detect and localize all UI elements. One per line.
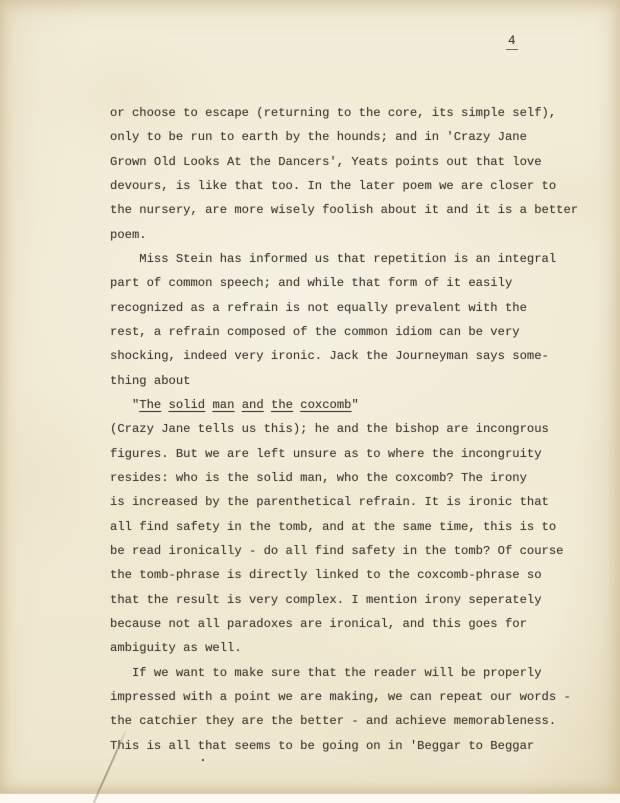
text-line: part of common speech; and while that fo…: [110, 271, 590, 295]
text-line: because not all paradoxes are ironical, …: [110, 612, 590, 636]
text-line: the nursery, are more wisely foolish abo…: [110, 198, 590, 222]
text-line: poem.: [110, 223, 590, 247]
text-segment: shocking, indeed very ironic. Jack the J…: [110, 349, 549, 363]
text-segment: ": [110, 398, 139, 412]
text-line: figures. But we are left unsure as to wh…: [110, 442, 590, 466]
text-segment: the catchier they are the better - and a…: [110, 714, 556, 728]
underlined-text-segment: coxcomb: [300, 398, 351, 412]
text-line: This is all that seems to be going on in…: [110, 734, 590, 758]
text-line: recognized as a refrain is not equally p…: [110, 296, 590, 320]
text-segment: recognized as a refrain is not equally p…: [110, 301, 527, 315]
text-line: the tomb-phrase is directly linked to th…: [110, 563, 590, 587]
text-segment: poem.: [110, 228, 147, 242]
text-line: If we want to make sure that the reader …: [110, 661, 590, 685]
text-segment: devours, is like that too. In the later …: [110, 179, 556, 193]
text-segment: [161, 398, 168, 412]
text-line: rest, a refrain composed of the common i…: [110, 320, 590, 344]
underlined-text-segment: and: [242, 398, 264, 412]
text-segment: the tomb-phrase is directly linked to th…: [110, 568, 542, 582]
text-segment: Miss Stein has informed us that repetiti…: [110, 252, 556, 266]
text-segment: be read ironically - do all find safety …: [110, 544, 563, 558]
text-segment: part of common speech; and while that fo…: [110, 276, 512, 290]
text-segment: thing about: [110, 374, 190, 388]
text-line: only to be run to earth by the hounds; a…: [110, 125, 590, 149]
text-line: impressed with a point we are making, we…: [110, 685, 590, 709]
text-segment: is increased by the parenthetical refrai…: [110, 495, 549, 509]
text-line: Miss Stein has informed us that repetiti…: [110, 247, 590, 271]
text-line: resides: who is the solid man, who the c…: [110, 466, 590, 490]
text-line: ambiguity as well.: [110, 636, 590, 660]
text-segment: impressed with a point we are making, we…: [110, 690, 571, 704]
text-segment: [264, 398, 271, 412]
stray-period-mark: .: [199, 750, 207, 765]
text-segment: figures. But we are left unsure as to wh…: [110, 447, 542, 461]
manuscript-page: 4 or choose to escape (returning to the …: [0, 0, 620, 794]
underlined-text-segment: man: [212, 398, 234, 412]
text-line: that the result is very complex. I menti…: [110, 588, 590, 612]
text-segment: because not all paradoxes are ironical, …: [110, 617, 527, 631]
scan-background: { "page": { "number": "4", "stray_mark":…: [0, 0, 620, 800]
text-line: shocking, indeed very ironic. Jack the J…: [110, 344, 590, 368]
text-segment: ambiguity as well.: [110, 641, 242, 655]
text-segment: If we want to make sure that the reader …: [110, 666, 542, 680]
underlined-text-segment: The: [139, 398, 161, 412]
underlined-text-segment: the: [271, 398, 293, 412]
text-line: devours, is like that too. In the later …: [110, 174, 590, 198]
underlined-text-segment: solid: [169, 398, 206, 412]
text-line: Grown Old Looks At the Dancers', Yeats p…: [110, 150, 590, 174]
text-segment: resides: who is the solid man, who the c…: [110, 471, 527, 485]
text-line: the catchier they are the better - and a…: [110, 709, 590, 733]
text-segment: that the result is very complex. I menti…: [110, 593, 542, 607]
text-segment: This is all that seems to be going on in…: [110, 739, 534, 753]
text-line: (Crazy Jane tells us this); he and the b…: [110, 417, 590, 441]
text-line: thing about: [110, 369, 590, 393]
text-segment: (Crazy Jane tells us this); he and the b…: [110, 422, 549, 436]
typewritten-text: or choose to escape (returning to the co…: [110, 101, 590, 758]
text-line: or choose to escape (returning to the co…: [110, 101, 590, 125]
text-line: be read ironically - do all find safety …: [110, 539, 590, 563]
text-segment: ": [352, 398, 359, 412]
text-line: all find safety in the tomb, and at the …: [110, 515, 590, 539]
text-segment: [234, 398, 241, 412]
text-segment: all find safety in the tomb, and at the …: [110, 520, 556, 534]
text-segment: or choose to escape (returning to the co…: [110, 106, 556, 120]
text-segment: Grown Old Looks At the Dancers', Yeats p…: [110, 155, 542, 169]
text-segment: rest, a refrain composed of the common i…: [110, 325, 520, 339]
text-line: is increased by the parenthetical refrai…: [110, 490, 590, 514]
text-line: "The solid man and the coxcomb": [110, 393, 590, 417]
page-number: 4: [506, 34, 518, 50]
text-segment: the nursery, are more wisely foolish abo…: [110, 203, 578, 217]
text-segment: only to be run to earth by the hounds; a…: [110, 130, 527, 144]
